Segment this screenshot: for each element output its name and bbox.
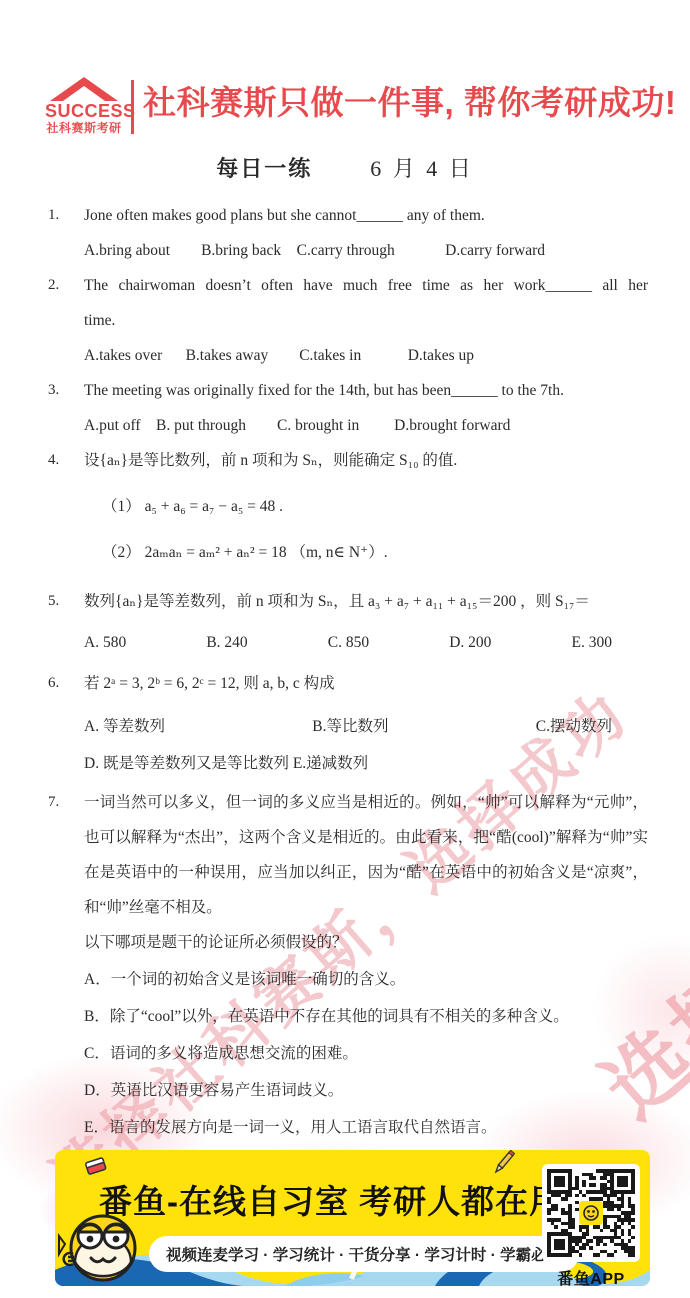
question-number: 1. (46, 198, 84, 268)
banner-features: 视频连麦学习 · 学习统计 · 干货分享 · 学习计时 · 学霸必备 (149, 1236, 579, 1272)
option-c: C.摆动数列 (536, 709, 612, 744)
option-b: B. 240 (206, 625, 247, 660)
condition-2: （2） 2aₘaₙ = aₘ² + aₙ² = 18 （m, n∈ N⁺）. (84, 535, 648, 570)
question-number: 6. (46, 666, 84, 781)
condition-1: （1） a₅ + a₆ = a₇ − a₅ = 48 . (84, 489, 648, 524)
question-text: 设{aₙ}是等比数列，前 n 项和为 Sₙ，则能确定 S₁₀ 的值. (84, 443, 648, 478)
question-2: 2. The chairwoman doesn’t often have muc… (46, 268, 648, 373)
pencil-icon (487, 1150, 521, 1178)
fish-logo-icon (579, 1201, 603, 1225)
question-options-row2: D. 既是等差数列又是等比数列 E.递减数列 (84, 746, 648, 781)
question-number: 7. (46, 785, 84, 1145)
option-a: A．一个词的初始含义是该词唯一确切的含义。 (84, 962, 648, 997)
logo-brand-text: SUCCESS (45, 102, 123, 121)
question-text: The meeting was originally fixed for the… (84, 373, 648, 408)
question-4: 4. 设{aₙ}是等比数列，前 n 项和为 Sₙ，则能确定 S₁₀ 的值. （1… (46, 443, 648, 570)
qr-app-label: 番鱼APP (541, 1266, 641, 1286)
sheet-title-row: 每日一练6 月 4 日 (0, 152, 690, 183)
header-divider (131, 80, 134, 134)
option-b: B．除了“cool”以外，在英语中不存在其他的词具有不相关的多种含义。 (84, 999, 648, 1034)
exercise-sheet-page: 选择社科赛斯，选择成功 选择社科赛斯，选择成功 SUCCESS 社科赛斯考研 社… (0, 0, 690, 1298)
question-6: 6. 若 2ᵃ = 3, 2ᵇ = 6, 2ᶜ = 12, 则 a, b, c … (46, 660, 648, 781)
sheet-title: 每日一练 (216, 156, 312, 181)
question-options: A. 580 B. 240 C. 850 D. 200 E. 300 (84, 625, 648, 660)
question-prompt: 以下哪项是题干的论证所必须假设的？ (84, 925, 648, 960)
app-ad-banner: 番鱼-在线自习室 考研人都在用 视频连麦学习 · 学习统计 · 干货分享 · 学… (55, 1150, 650, 1286)
question-number: 2. (46, 268, 84, 373)
question-5: 5. 数列{aₙ}是等差数列，前 n 项和为 Sₙ，且 a₃ + a₇ + a₁… (46, 570, 648, 660)
question-list: 1. Jone often makes good plans but she c… (0, 198, 690, 1145)
question-number: 3. (46, 373, 84, 443)
question-text-line2: time. (84, 303, 648, 338)
sheet-date: 6 月 4 日 (370, 156, 474, 181)
banner-headline: 番鱼-在线自习室 考研人都在用 (99, 1176, 563, 1223)
question-7: 7. 一词当然可以多义，但一词的多义应当是相近的。例如，“帅”可以解释为“元帅”… (46, 781, 648, 1145)
question-3: 3. The meeting was originally fixed for … (46, 373, 648, 443)
fish-mascot-icon (57, 1206, 149, 1286)
question-options-row1: A. 等差数列 B.等比数列 C.摆动数列 (84, 709, 648, 744)
question-text: Jone often makes good plans but she cann… (84, 198, 648, 233)
brand-slogan: 社科赛斯只做一件事, 帮你考研成功! (143, 83, 663, 123)
question-options: A.takes over B.takes away C.takes in D.t… (84, 338, 648, 373)
question-text-line1: The chairwoman doesn’t often have much f… (84, 268, 648, 303)
question-number: 4. (46, 443, 84, 570)
question-options: A.put off B. put through C. brought in D… (84, 408, 648, 443)
qr-code (542, 1164, 640, 1262)
option-b: B.等比数列 (312, 709, 388, 744)
option-a: A. 等差数列 (84, 709, 165, 744)
logo-sub-text: 社科赛斯考研 (45, 121, 123, 136)
option-c: C. 850 (328, 625, 369, 660)
qr-panel: 番鱼APP (541, 1164, 641, 1286)
question-text: 数列{aₙ}是等差数列，前 n 项和为 Sₙ，且 a₃ + a₇ + a₁₁ +… (84, 584, 648, 619)
question-1: 1. Jone often makes good plans but she c… (46, 198, 648, 268)
option-e: E. 300 (572, 625, 612, 660)
roof-icon (49, 76, 119, 102)
question-options: A.bring about B.bring back C.carry throu… (84, 233, 648, 268)
brand-header: SUCCESS 社科赛斯考研 社科赛斯只做一件事, 帮你考研成功! (45, 76, 650, 138)
option-d: D. 200 (449, 625, 491, 660)
question-text: 若 2ᵃ = 3, 2ᵇ = 6, 2ᶜ = 12, 则 a, b, c 构成 (84, 666, 648, 701)
success-logo: SUCCESS 社科赛斯考研 (45, 76, 123, 136)
option-a: A. 580 (84, 625, 126, 660)
question-number: 5. (46, 584, 84, 660)
option-d: D．英语比汉语更容易产生语词歧义。 (84, 1073, 648, 1108)
option-c: C．语词的多义将造成思想交流的困难。 (84, 1036, 648, 1071)
question-paragraph: 一词当然可以多义，但一词的多义应当是相近的。例如，“帅”可以解释为“元帅”，也可… (84, 785, 648, 925)
option-e: E．语言的发展方向是一词一义，用人工语言取代自然语言。 (84, 1110, 648, 1145)
